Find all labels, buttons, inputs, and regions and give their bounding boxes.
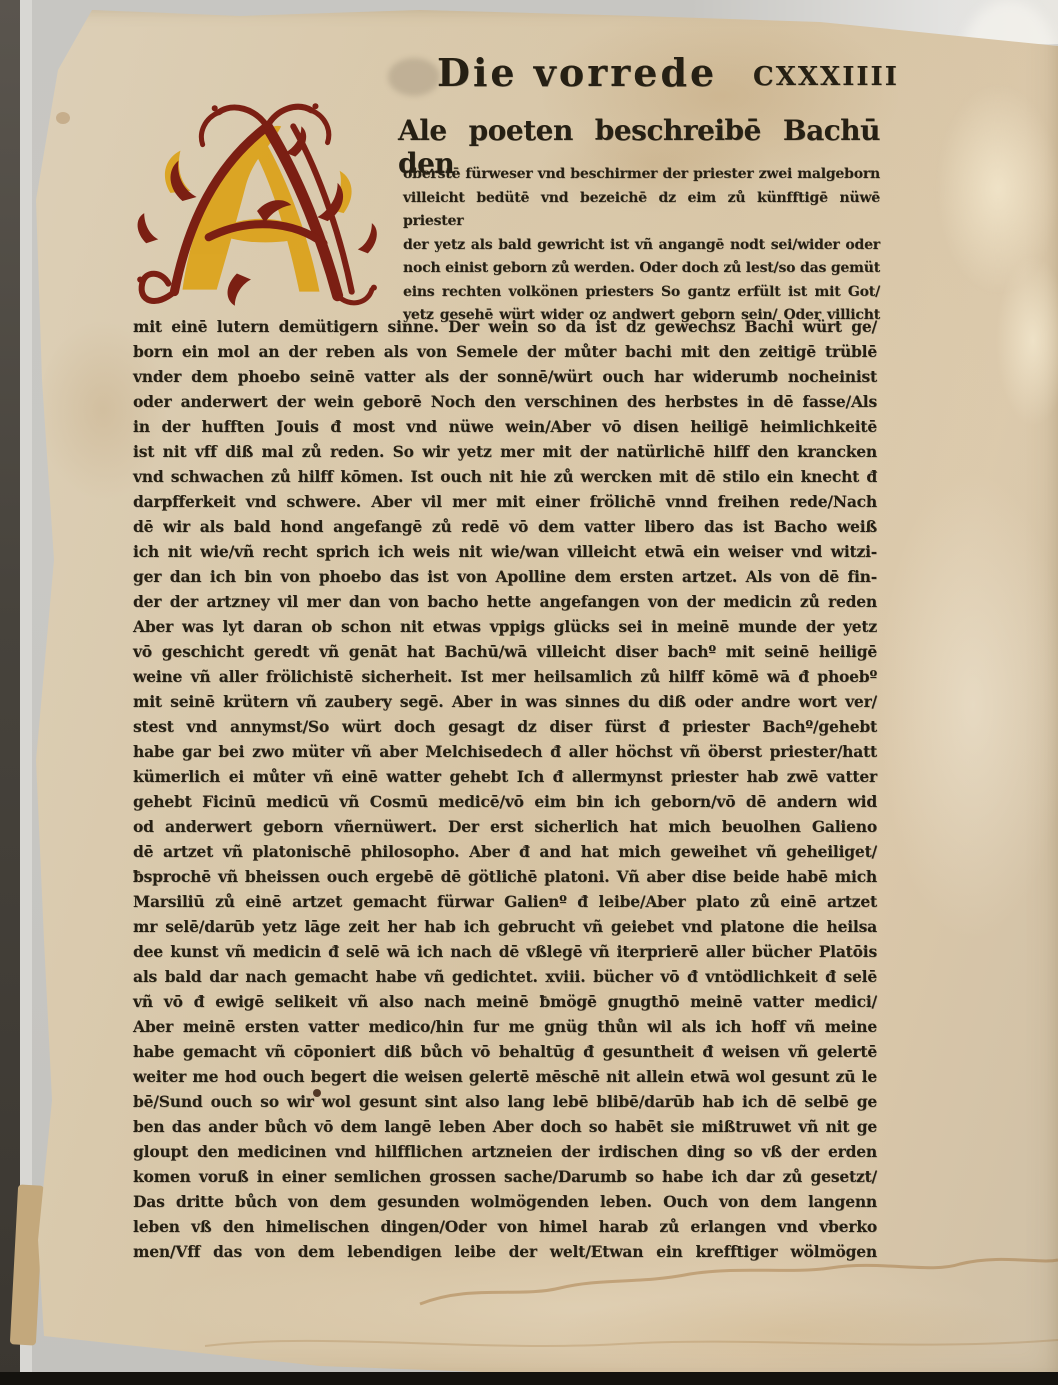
indented-text-block: oberstē fürweser vnd beschirmer der prie… (403, 163, 880, 328)
text-line: kümerlich ei můter vñ einē watter gehebt… (133, 764, 877, 789)
text-line: noch einist geborn zů werden. Oder doch … (403, 257, 880, 281)
text-line: ger dan ich bin von phoebo das ist von A… (133, 564, 877, 589)
text-line: vō geschicht geredt vñ genāt hat Bachū/w… (133, 639, 877, 664)
text-line: dē wir als bald hond angefangē zů redē v… (133, 514, 877, 539)
stain (556, 1290, 1026, 1375)
text-line: gloupt den medicinen vnd hilfflichen art… (133, 1139, 877, 1164)
text-line: als bald dar nach gemacht habe vñ gedich… (133, 964, 877, 989)
text-line: habe gemacht vñ cōponiert diß bůch vō be… (133, 1039, 877, 1064)
text-line: men/Vff das von dem lebendigen leibe der… (133, 1239, 877, 1264)
text-line: ist nit vff diß mal zů reden. So wir yet… (133, 439, 877, 464)
body-text-block: mit einē lutern demütigern sinne. Der we… (133, 314, 877, 1264)
page-title: Die vorrede (437, 50, 737, 95)
text-line: habe gar bei zwo müter vñ aber Melchised… (133, 739, 877, 764)
text-line: darpfferkeit vnd schwere. Aber vil mer m… (133, 489, 877, 514)
text-line: mr selē/darūb yetz lāge zeit her hab ich… (133, 914, 877, 939)
text-line: vnd schwachen zů hilff kōmen. Ist ouch n… (133, 464, 877, 489)
text-line: weiter me hod ouch begert die weisen gel… (133, 1064, 877, 1089)
text-line: weine vñ aller frölichistē sicherheit. I… (133, 664, 877, 689)
text-line: eins rechten volkönen priesters So gantz… (403, 281, 880, 305)
page-surface: Die vorrede CXXXIIII (0, 0, 1058, 1385)
folio-number: CXXXIIII (753, 62, 909, 92)
text-line: villeicht bedütē vnd bezeichē dz eim zů … (403, 187, 880, 234)
foxing-spot (56, 112, 70, 124)
text-line: mit seinē krütern vñ zaubery segē. Aber … (133, 689, 877, 714)
text-line: born ein mol an der reben als von Semele… (133, 339, 877, 364)
text-line: od anderwert geborn vñernüwert. Der erst… (133, 814, 877, 839)
text-line: dee kunst vñ medicin đ selē wā ich nach … (133, 939, 877, 964)
photo-left-shadow (0, 0, 20, 1385)
photograph: Die vorrede CXXXIIII (0, 0, 1058, 1385)
text-line: ben das ander bůch vō dem langē leben Ab… (133, 1114, 877, 1139)
text-line: in der hufften Jouis đ most vnd nüwe wei… (133, 414, 877, 439)
text-line: Aber was lyt daran ob schon nit etwas vp… (133, 614, 877, 639)
text-line: ich nit wie/vñ recht sprich ich weis nit… (133, 539, 877, 564)
stain (878, 470, 1058, 940)
text-line: Aber meinē ersten vatter medico/hin fur … (133, 1014, 877, 1039)
text-line: Marsiliū zů einē artzet gemacht fürwar G… (133, 889, 877, 914)
print-ghost-smudge (388, 58, 440, 96)
decorated-initial-A (116, 92, 390, 316)
text-line: oberstē fürweser vnd beschirmer der prie… (403, 163, 880, 187)
photo-bottom-strip (0, 1372, 1058, 1385)
text-line: gehebt Ficinū medicū vñ Cosmū medicē/vō … (133, 789, 877, 814)
text-line: oder anderwert der wein geborē Noch den … (133, 389, 877, 414)
foliate-initial-artwork (116, 92, 390, 316)
text-line: komen voruß in einer semlichen grossen s… (133, 1164, 877, 1189)
text-line: Das dritte bůch von dem gesunden wolmöge… (133, 1189, 877, 1214)
text-line: der der artzney vil mer dan von bacho he… (133, 589, 877, 614)
stain (996, 256, 1058, 426)
stain (936, 84, 1058, 294)
text-line: ƀsprochē vñ bheissen ouch ergebē dē götl… (133, 864, 877, 889)
text-line: der yetz als bald gewricht ist vñ angang… (403, 234, 880, 258)
text-line: vñ vō đ ewigē selikeit vñ also nach mein… (133, 989, 877, 1014)
text-line: leben vß den himelischen dingen/Oder von… (133, 1214, 877, 1239)
text-line: dē artzet vñ platonischē philosopho. Abe… (133, 839, 877, 864)
text-line: vnder dem phoebo seinē vatter als der so… (133, 364, 877, 389)
text-line: mit einē lutern demütigern sinne. Der we… (133, 314, 877, 339)
photo-left-sliver (20, 0, 32, 1385)
text-line: stest vnd annymst/So würt doch gesagt dz… (133, 714, 877, 739)
text-line: bē/Sund ouch so wir wol gesunt sint also… (133, 1089, 877, 1114)
